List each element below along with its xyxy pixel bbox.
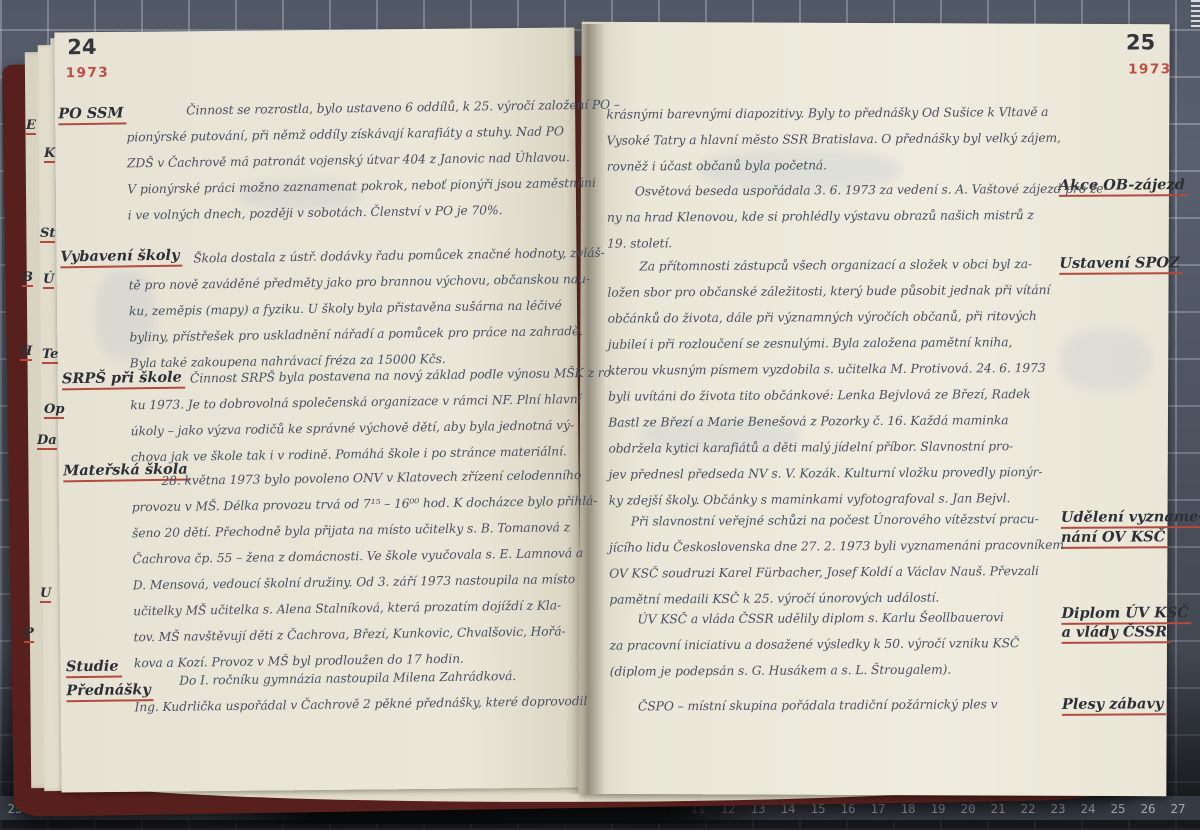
ink-bleed-smudge	[240, 180, 360, 210]
ruler-number: 21	[988, 801, 1008, 816]
ruler-number: 20	[958, 801, 978, 816]
left-page	[54, 28, 581, 793]
page-edge-fragment: Ú	[43, 272, 54, 289]
ruler-number: 24	[1078, 801, 1098, 816]
ruler-number: 25	[1108, 801, 1128, 816]
ruler-number: 19	[928, 801, 948, 816]
page-edge-fragment: St	[40, 226, 55, 243]
page-edge-fragment: B	[22, 270, 33, 287]
ink-bleed-smudge	[640, 420, 800, 450]
ruler-number: 23	[1048, 801, 1068, 816]
right-page	[578, 22, 1169, 797]
ruler-number: 26	[1138, 801, 1158, 816]
vertical-ruler-ticks	[1191, 0, 1200, 30]
page-edge-fragment: P	[24, 626, 34, 643]
page-edge-fragment: Te	[42, 347, 58, 364]
page-edge-fragment: H	[20, 344, 32, 361]
ink-bleed-smudge	[95, 270, 155, 360]
book-gutter	[566, 24, 606, 794]
ink-bleed-smudge	[700, 150, 900, 190]
ruler-number: 22	[1018, 801, 1038, 816]
page-edge-fragment: Da	[37, 433, 57, 450]
ruler-number: 27	[1168, 801, 1188, 816]
ink-bleed-smudge	[1060, 330, 1150, 390]
page-edge-fragment: K	[44, 146, 55, 163]
page-edge-fragment: U	[40, 586, 51, 603]
page-edge-fragment: E	[26, 118, 36, 135]
page-edge-fragment: Op	[44, 402, 64, 419]
ruler-number: 18	[898, 801, 918, 816]
